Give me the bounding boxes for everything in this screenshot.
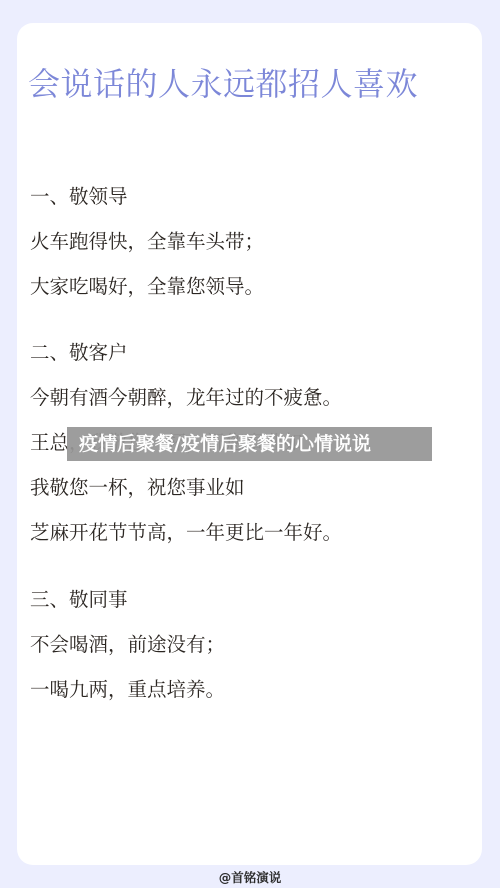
text-line: 芝麻开花节节高，一年更比一年好。 [30, 520, 342, 546]
text-line: 不会喝酒，前途没有； [30, 632, 225, 658]
text-line: 今朝有酒今朝醉，龙年过的不疲惫。 [30, 385, 342, 411]
text-line: 火车跑得快，全靠车头带； [30, 229, 264, 255]
text-line: 大家吃喝好，全靠您领导。 [30, 274, 264, 300]
section-heading-leaders: 一、敬领导 [30, 184, 128, 210]
overlay-banner-text: 疫情后聚餐/疫情后聚餐的心情说说 [79, 430, 371, 458]
overlay-banner: 疫情后聚餐/疫情后聚餐的心情说说 [67, 427, 432, 461]
section-heading-clients: 二、敬客户 [30, 340, 128, 366]
page-title: 会说话的人永远都招人喜欢 [28, 64, 458, 104]
section-heading-colleagues: 三、敬同事 [30, 587, 128, 613]
text-line: 一喝九两，重点培养。 [30, 677, 225, 703]
author-watermark: @首铭演说 [0, 869, 500, 887]
text-line: 我敬您一杯，祝您事业如 [30, 475, 245, 501]
